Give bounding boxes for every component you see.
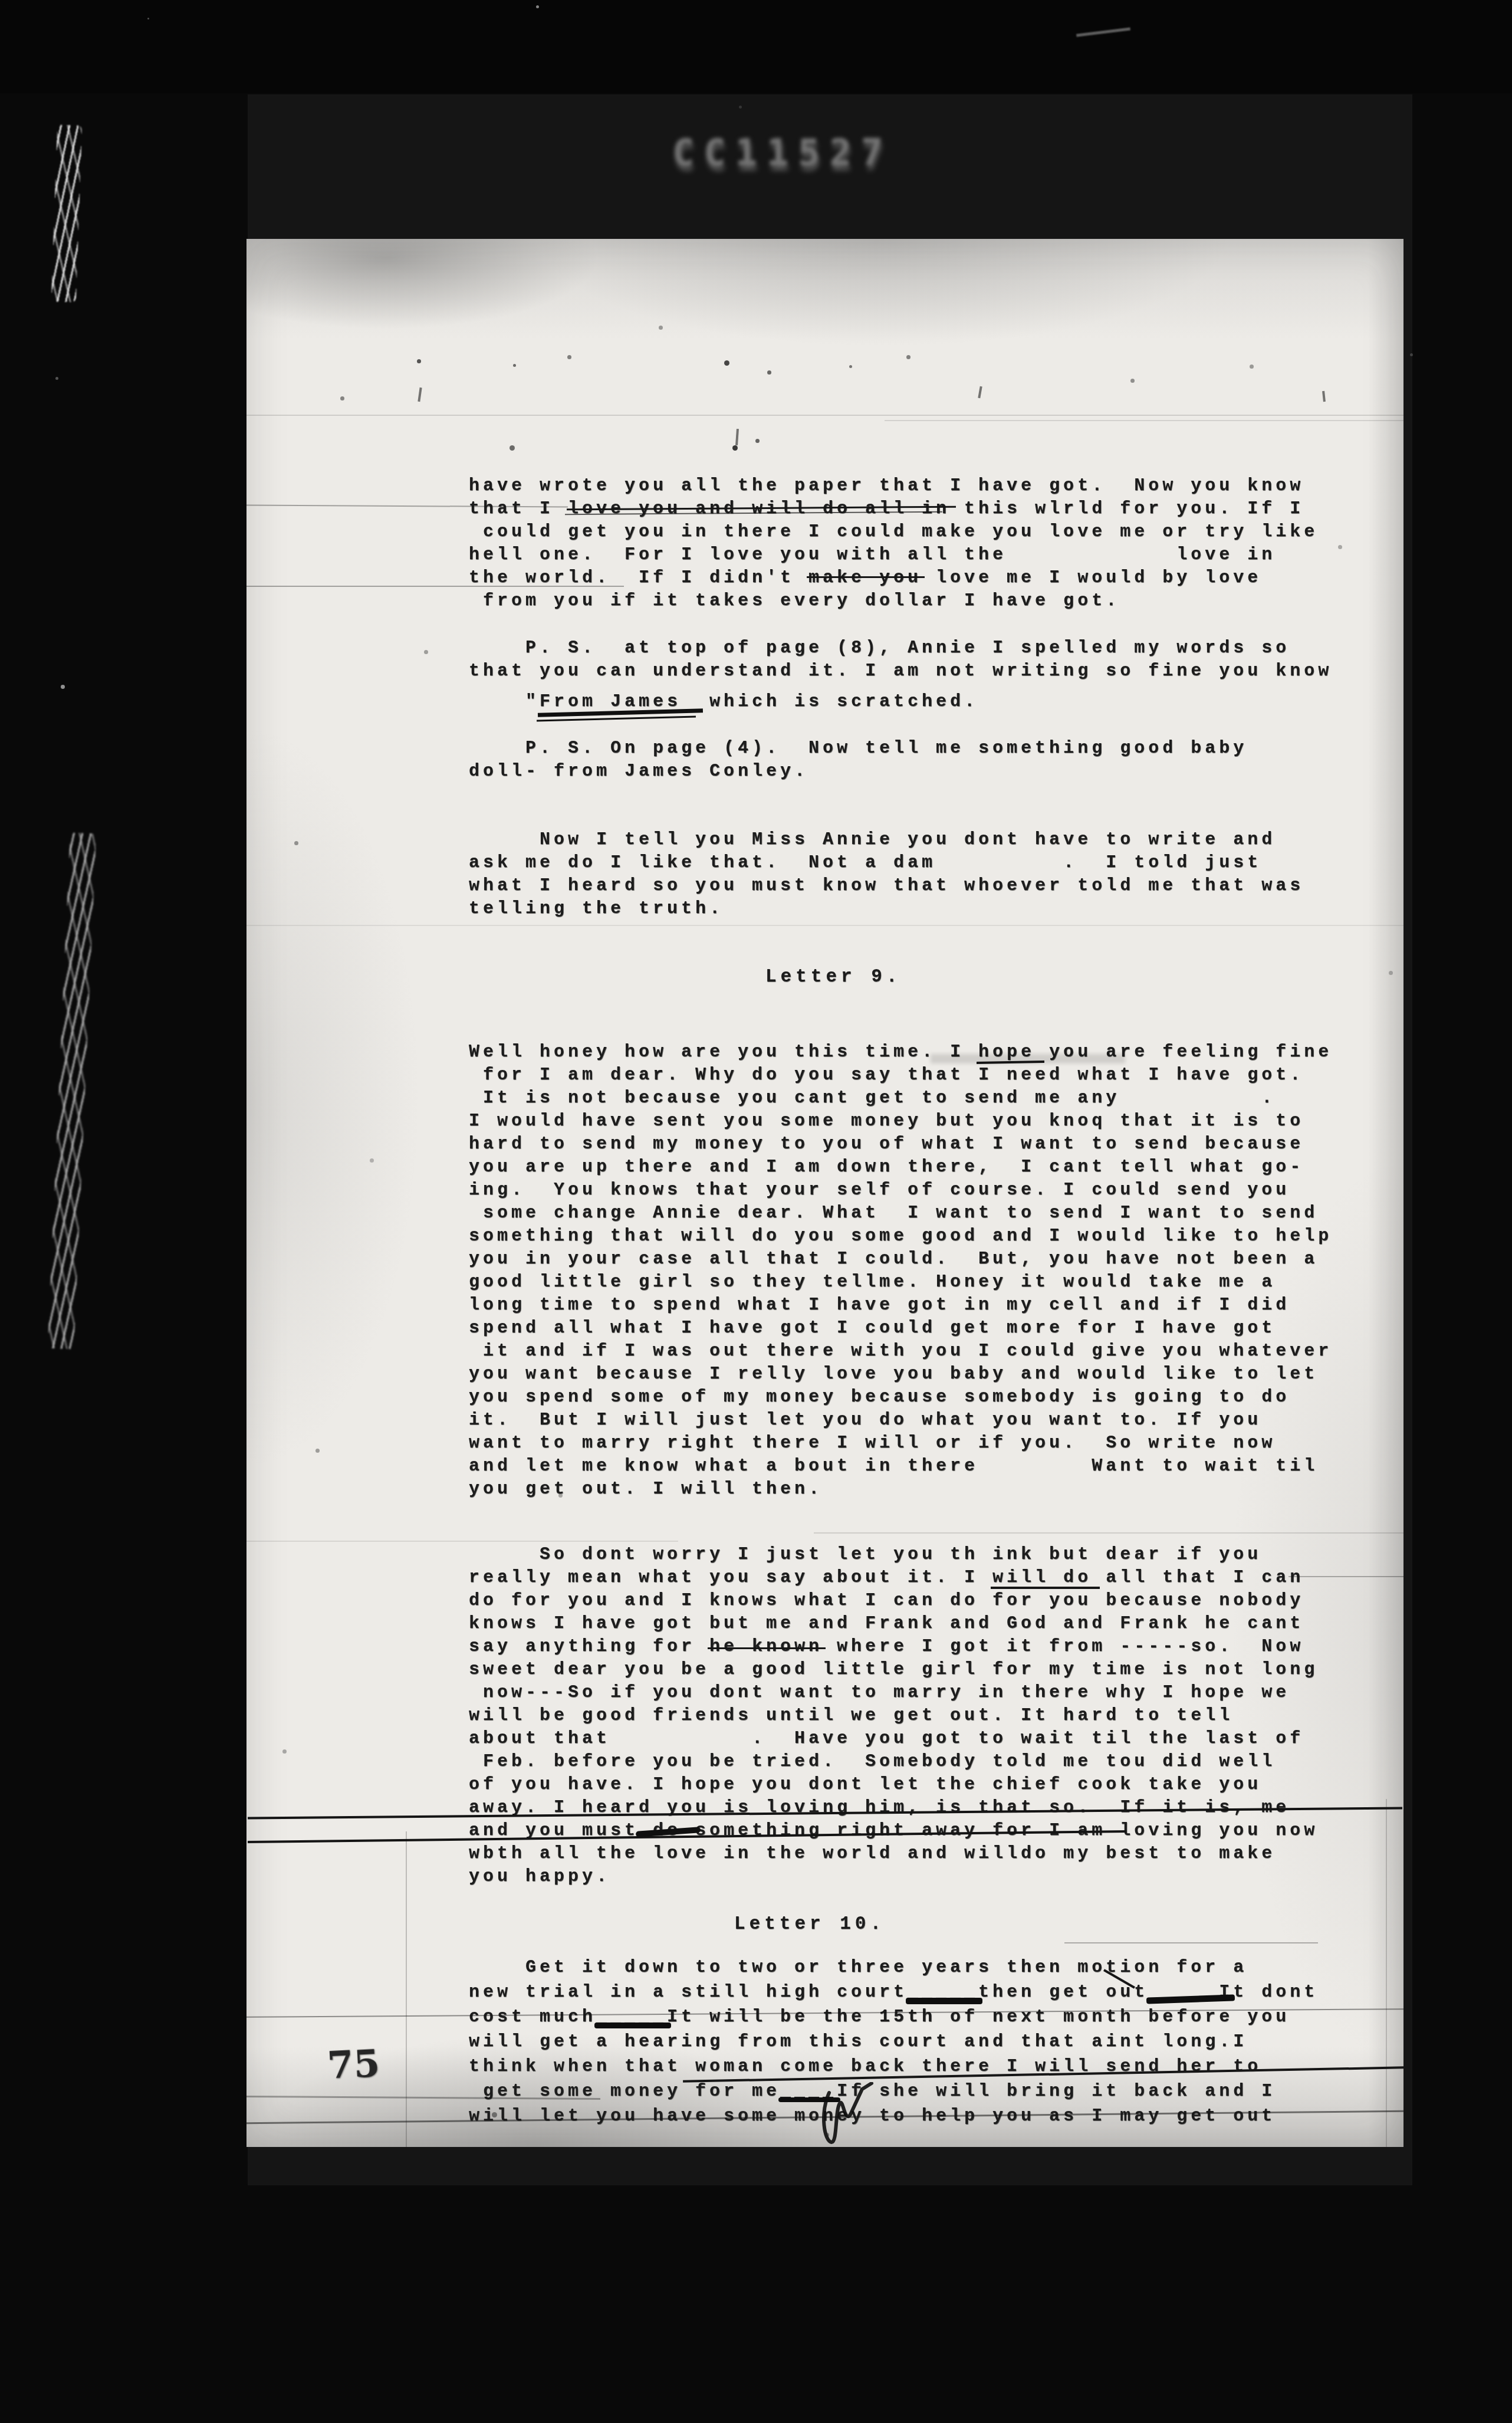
film-top-band — [0, 0, 1512, 93]
tick-mark — [978, 386, 982, 398]
strike-line — [708, 1647, 826, 1649]
paper-specks — [246, 239, 249, 242]
strike-line — [807, 576, 925, 578]
artifact-line — [814, 1532, 1403, 1534]
ink-underline — [537, 715, 696, 721]
letter-page: have wrote you all the paper that I have… — [246, 239, 1403, 2147]
ink-underline — [991, 1587, 1100, 1589]
paper-crease-vertical — [406, 1831, 407, 2147]
page-number: 75 — [326, 2041, 381, 2089]
artifact-line — [246, 586, 624, 587]
tick-mark — [1322, 391, 1326, 402]
microfilm-scan: CC11527 have wrote you all the paper tha… — [0, 0, 1512, 2423]
postscript-from-james: "From James which is scratched. — [469, 691, 978, 714]
paragraph-miss-annie: Now I tell you Miss Annie you dont have … — [469, 829, 1304, 921]
heading-letter-9: Letter 9. — [765, 966, 901, 989]
postscript-2: P. S. On page (4). Now tell me something… — [469, 737, 1247, 783]
artifact-line — [1289, 1576, 1403, 1577]
ink-dash — [906, 1998, 982, 2004]
postscript-1: P. S. at top of page (8), Annie I spelle… — [469, 637, 1332, 683]
artifact-line — [885, 420, 1403, 421]
artifact-line — [246, 415, 1403, 416]
artifact-line — [1064, 1942, 1318, 1943]
film-edge-handwriting-lower — [48, 832, 96, 1349]
tick-mark — [418, 388, 422, 402]
film-frame-number-stamp: CC11527 — [672, 131, 892, 174]
paper-crease-vertical — [1386, 1799, 1387, 2147]
pen-mark — [813, 2082, 889, 2147]
paragraph-continuation: have wrote you all the paper that I have… — [469, 475, 1318, 613]
artifact-line — [246, 1541, 678, 1542]
ink-dash — [594, 2023, 671, 2028]
paragraph-letter-10: Get it down to two or three years then m… — [469, 1955, 1318, 2129]
heading-letter-10: Letter 10. — [734, 1913, 885, 1936]
tick-mark — [735, 429, 739, 445]
ink-smear — [931, 1054, 1125, 1063]
paragraph-letter-9a: Well honey how are you this time. I hope… — [469, 1041, 1332, 1501]
artifact-line — [246, 925, 1403, 926]
film-dust-specks — [0, 0, 2, 2]
film-edge-handwriting-upper — [51, 124, 82, 302]
